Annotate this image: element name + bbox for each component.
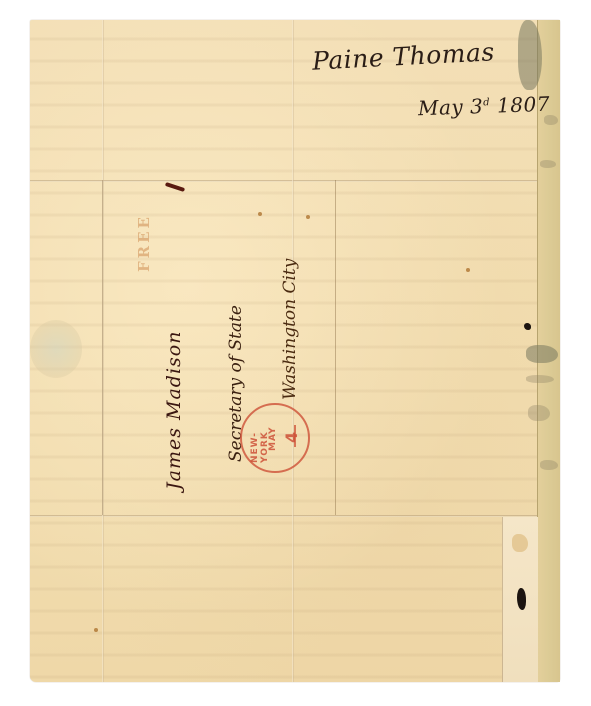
docket-date: May 3d 1807 bbox=[418, 92, 551, 121]
speck bbox=[258, 212, 262, 216]
docket-date-year: 1807 bbox=[497, 92, 551, 118]
address-line-name: James Madison bbox=[163, 331, 185, 490]
water-stain bbox=[526, 345, 558, 363]
water-stain bbox=[528, 405, 550, 421]
postmark-day: 4 bbox=[282, 432, 301, 443]
wax-seal-remnant bbox=[30, 320, 82, 378]
postmark-month: MAY bbox=[268, 426, 278, 451]
docket-name: Paine Thomas bbox=[311, 37, 495, 76]
water-stain bbox=[540, 160, 556, 168]
address-line-city: Washington City bbox=[280, 259, 300, 400]
letter-sheet: Paine Thomas May 3d 1807 FREE James Madi… bbox=[30, 20, 560, 682]
postmark-bar bbox=[294, 425, 296, 447]
water-stain bbox=[540, 460, 558, 470]
ink-blot bbox=[517, 588, 526, 610]
frank-mark: FREE bbox=[135, 214, 153, 272]
postmark-stamp: NEW-YORK MAY 4 bbox=[240, 403, 310, 473]
docket-date-suffix: d bbox=[483, 97, 490, 108]
ink-spot bbox=[524, 323, 531, 330]
water-stain bbox=[526, 375, 554, 383]
speck bbox=[94, 628, 98, 632]
speck bbox=[306, 215, 310, 219]
water-stain bbox=[544, 115, 558, 125]
fold-line-lower bbox=[30, 515, 560, 517]
speck bbox=[466, 268, 470, 272]
docket-date-day: May 3 bbox=[418, 94, 484, 120]
postmark-city: NEW-YORK bbox=[250, 405, 270, 463]
stain bbox=[512, 534, 528, 552]
